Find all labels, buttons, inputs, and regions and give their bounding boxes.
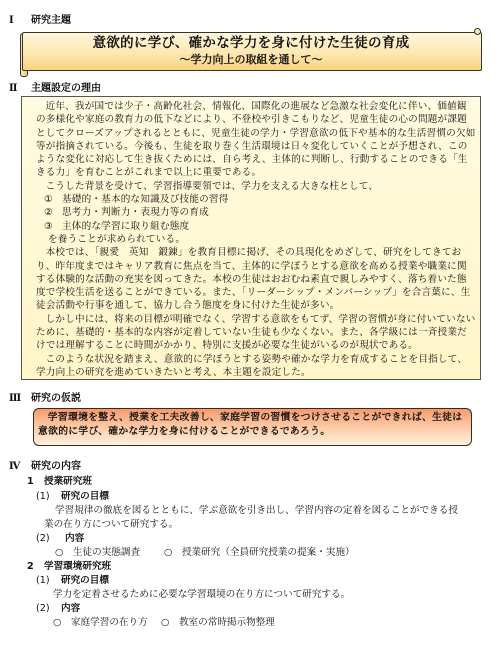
theme-title: 意欲的に学び、確かな学力を身に付けた生徒の育成 [22,35,480,51]
pillar-tail: を養うことが求められている。 [36,233,476,246]
section-4-title: 研究の内容 [31,461,81,472]
section-1-title: 研究主題 [31,15,71,26]
group-1-number: 1 [27,476,44,488]
group-2-goal-line-1: 学力を定着させるために必要な学習環境の在り方について研究する。 [53,589,350,601]
section-2-title: 主題設定の理由 [31,83,101,94]
goal-label-text: 研究の目標 [61,491,109,502]
group-2-goal-label: (1)研究の目標 [36,575,109,587]
scroll-roll-right-decoration [474,28,481,35]
section-4-number: Ⅳ [9,461,31,473]
group-2-content-item: ○ 教室の常時掲示物整理 [161,617,275,629]
section-4-heading: Ⅳ研究の内容 [9,461,81,473]
group-2-content-item: ○ 家庭学習の在り方 [53,617,148,629]
goal-label-number: (1) [36,491,61,503]
reason-paragraph: こうした背景を受けて、学習指導要領では、学力を支える大きな柱として、 [36,180,476,193]
pillar-text: 主体的な学習に取り組む態度 [62,221,189,232]
content-label-number: (2) [36,533,65,545]
group-1-heading: 1授業研究班 [27,476,92,488]
group-1-name: 授業研究班 [44,476,92,487]
section-3-heading: Ⅲ研究の仮説 [9,393,81,405]
group-1-content-label: (2)内容 [36,533,84,545]
reason-paragraph: 本校では、「親愛 英知 鍛錬」を教育目標に掲げ、その具現化をめざして、研究をして… [36,246,476,312]
pillar-item: ①基礎的・基本的な知識及び技能の習得 [36,193,476,206]
reason-paragraph: このような状況を踏まえ、意欲的に学ぼうとする姿勢や確かな学力を育成することを目指… [36,353,476,380]
section-1-heading: Ⅰ研究主題 [9,15,71,27]
group-1-content-item: ○ 授業研究（全員研究授業の提案・実施） [164,547,355,559]
pillar-text: 思考力・判断力・表現力等の育成 [62,207,209,218]
content-label-text: 内容 [61,603,80,614]
reason-paragraph: 近年、我が国では少子・高齢化社会、情報化、国際化の進展など急激な社会変化に伴い、… [36,100,476,180]
group-2-heading: 2学習環境研究班 [27,561,111,573]
pillar-item: ②思考力・判断力・表現力等の育成 [36,206,476,219]
section-2-heading: Ⅱ主題設定の理由 [9,83,101,95]
group-2-name: 学習環境研究班 [44,561,111,572]
goal-label-text: 研究の目標 [61,575,109,586]
hypothesis-statement: 学習環境を整え、授業を工夫改善し、家庭学習の習慣をつけさせることができれば、生徒… [38,411,468,439]
pillar-marker: ② [44,206,62,219]
group-2-number: 2 [27,561,44,573]
pillar-item: ③主体的な学習に取り組む態度 [36,220,476,233]
theme-subtitle: ～学力向上の取組を通して～ [22,53,480,66]
section-3-title: 研究の仮説 [31,393,81,404]
group-1-content-item: ○ 生徒の実態調査 [55,547,140,559]
section-2-number: Ⅱ [9,83,31,95]
reason-text: 近年、我が国では少子・高齢化社会、情報化、国際化の進展など急激な社会変化に伴い、… [36,100,476,379]
group-1-goal-label: (1)研究の目標 [36,491,109,503]
pillar-text: 基礎的・基本的な知識及び技能の習得 [62,194,229,205]
group-1-goal-line-2: 業の在り方について研究する。 [44,519,178,531]
group-1-goal-line-1: 学習規律の徹底を図るとともに、学ぶ意欲を引き出し、学習内容の定着を図ることができ… [55,505,458,517]
content-label-text: 内容 [65,533,84,544]
group-2-content-label: (2)内容 [36,603,80,615]
reason-paragraph: しかし中には、将来の目標が明確でなく、学習する意欲をもてず、学習の習慣が身に付い… [36,313,476,353]
section-3-number: Ⅲ [9,393,31,405]
section-1-number: Ⅰ [9,15,31,27]
goal-label-number: (1) [36,575,61,587]
pillar-marker: ③ [44,220,62,233]
pillar-marker: ① [44,193,62,206]
hypothesis-text: 学習環境を整え、授業を工夫改善し、家庭学習の習慣をつけさせることができれば、生徒… [38,411,468,439]
content-label-number: (2) [36,603,61,615]
